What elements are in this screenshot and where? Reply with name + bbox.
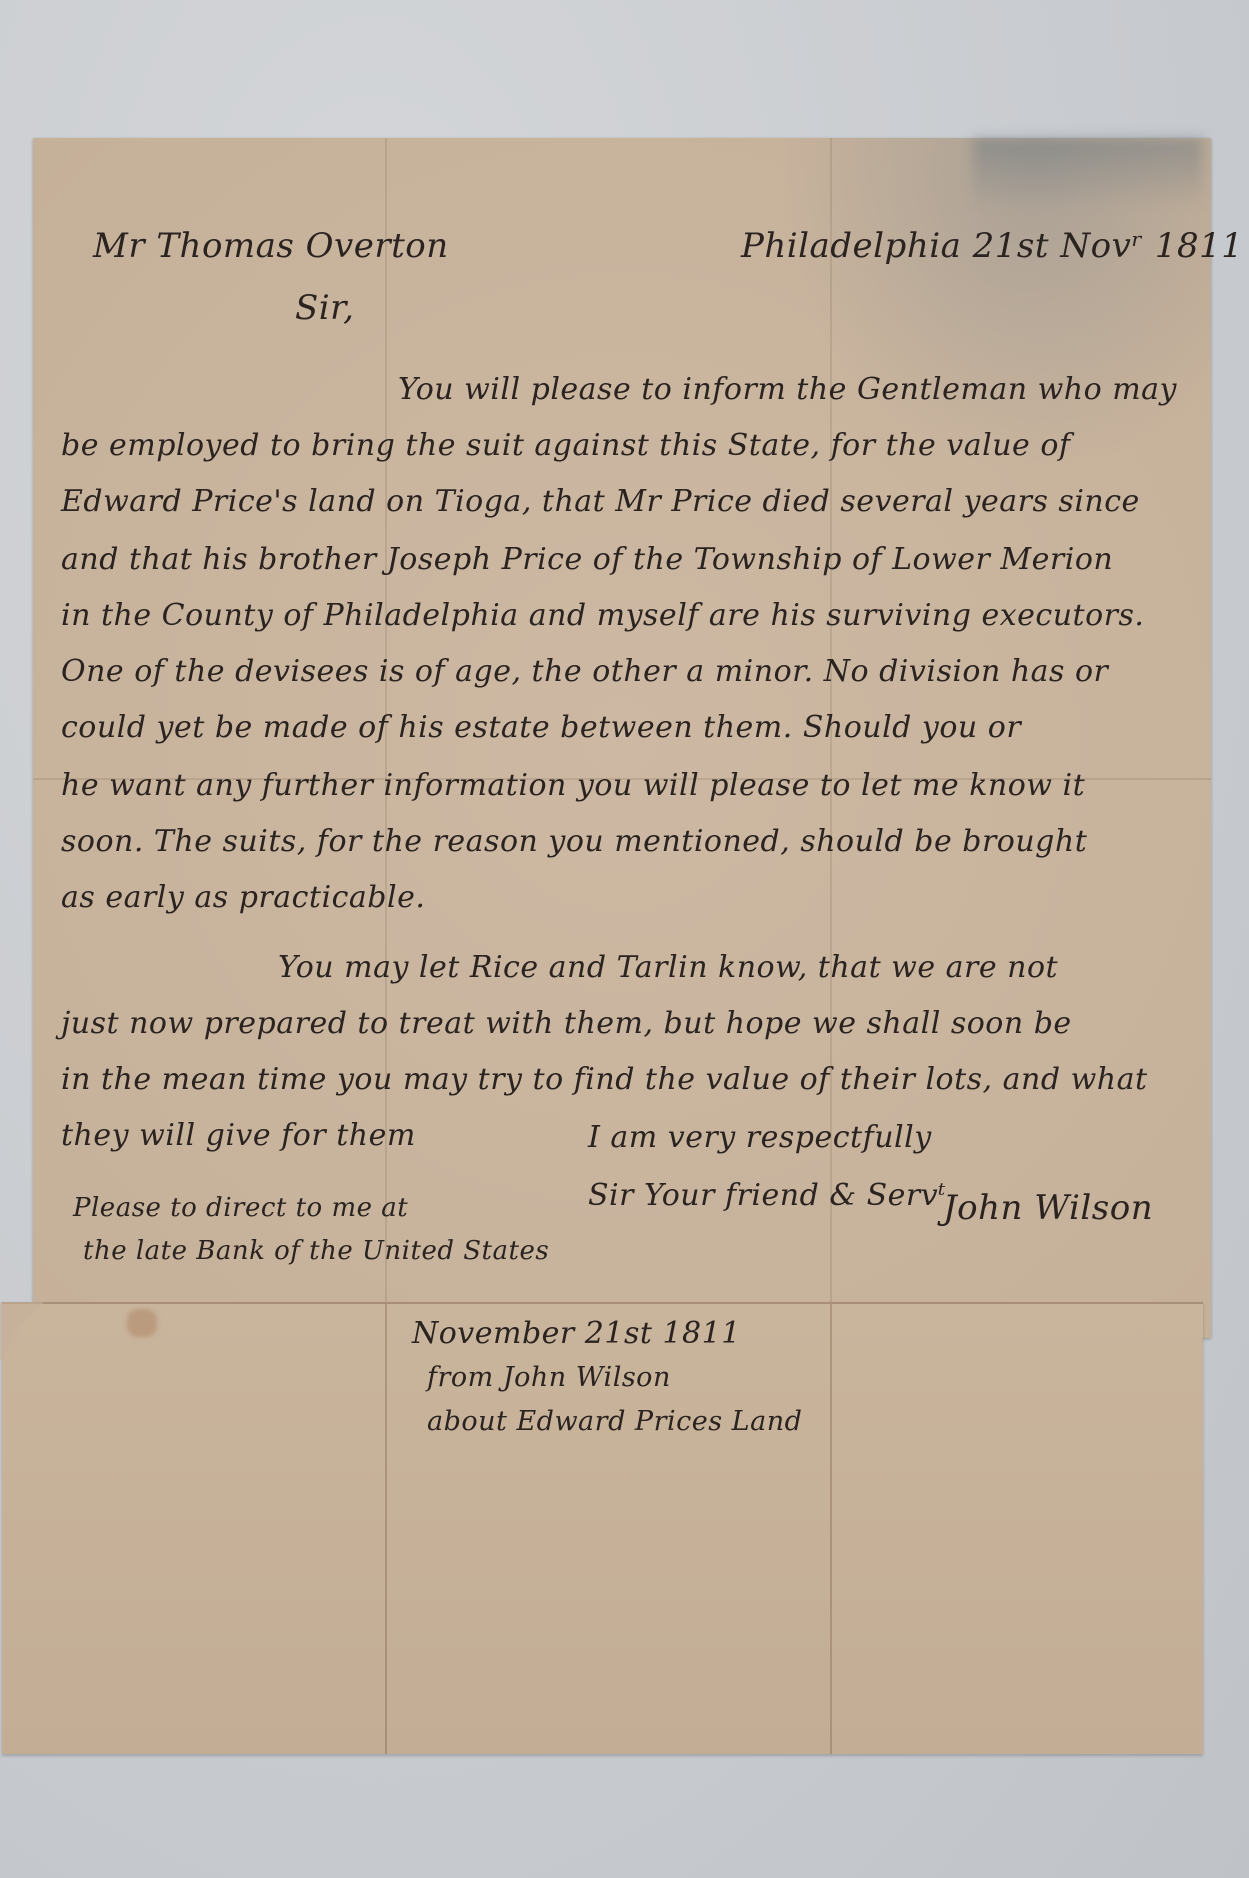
- body-line: could yet be made of his estate between …: [61, 710, 1021, 745]
- letter-sheet: Mr Thomas Overton Philadelphia 21st Novʳ…: [33, 138, 1211, 1338]
- salutation: Sir,: [295, 288, 355, 328]
- torn-corner: [0, 1302, 44, 1362]
- body-line: just now prepared to treat with them, bu…: [61, 1006, 1072, 1041]
- body-line: You may let Rice and Tarlin know, that w…: [278, 950, 1058, 985]
- body-line: in the County of Philadelphia and myself…: [61, 598, 1144, 633]
- folded-panel: November 21st 1811 from John Wilson abou…: [2, 1302, 1203, 1754]
- body-line: Edward Price's land on Tioga, that Mr Pr…: [61, 484, 1140, 519]
- closing-line: I am very respectfully: [588, 1120, 932, 1155]
- body-line: be employed to bring the suit against th…: [61, 428, 1071, 463]
- body-line: and that his brother Joseph Price of the…: [61, 542, 1113, 577]
- body-line: You will please to inform the Gentleman …: [398, 372, 1177, 407]
- fold-line: [385, 1304, 387, 1754]
- recipient-name: Mr Thomas Overton: [93, 226, 449, 266]
- body-line: soon. The suits, for the reason you ment…: [61, 824, 1087, 859]
- closing-line: Sir Your friend & Servᵗ: [588, 1178, 946, 1213]
- docket-date: November 21st 1811: [412, 1316, 741, 1351]
- place-date: Philadelphia 21st Novʳ 1811: [741, 226, 1243, 266]
- body-line: in the mean time you may try to find the…: [61, 1062, 1148, 1097]
- body-line: as early as practicable.: [61, 880, 425, 915]
- postscript-line: Please to direct to me at: [73, 1193, 408, 1223]
- fold-line: [830, 1304, 832, 1754]
- stain-spot: [127, 1309, 157, 1337]
- body-line: they will give for them: [61, 1118, 416, 1153]
- docket-from: from John Wilson: [427, 1362, 671, 1393]
- body-line: One of the devisees is of age, the other…: [61, 654, 1108, 689]
- signature: John Wilson: [943, 1188, 1153, 1228]
- postscript-line: the late Bank of the United States: [83, 1236, 549, 1266]
- docket-subject: about Edward Prices Land: [427, 1406, 802, 1437]
- water-stain: [973, 138, 1203, 208]
- body-line: he want any further information you will…: [61, 768, 1085, 803]
